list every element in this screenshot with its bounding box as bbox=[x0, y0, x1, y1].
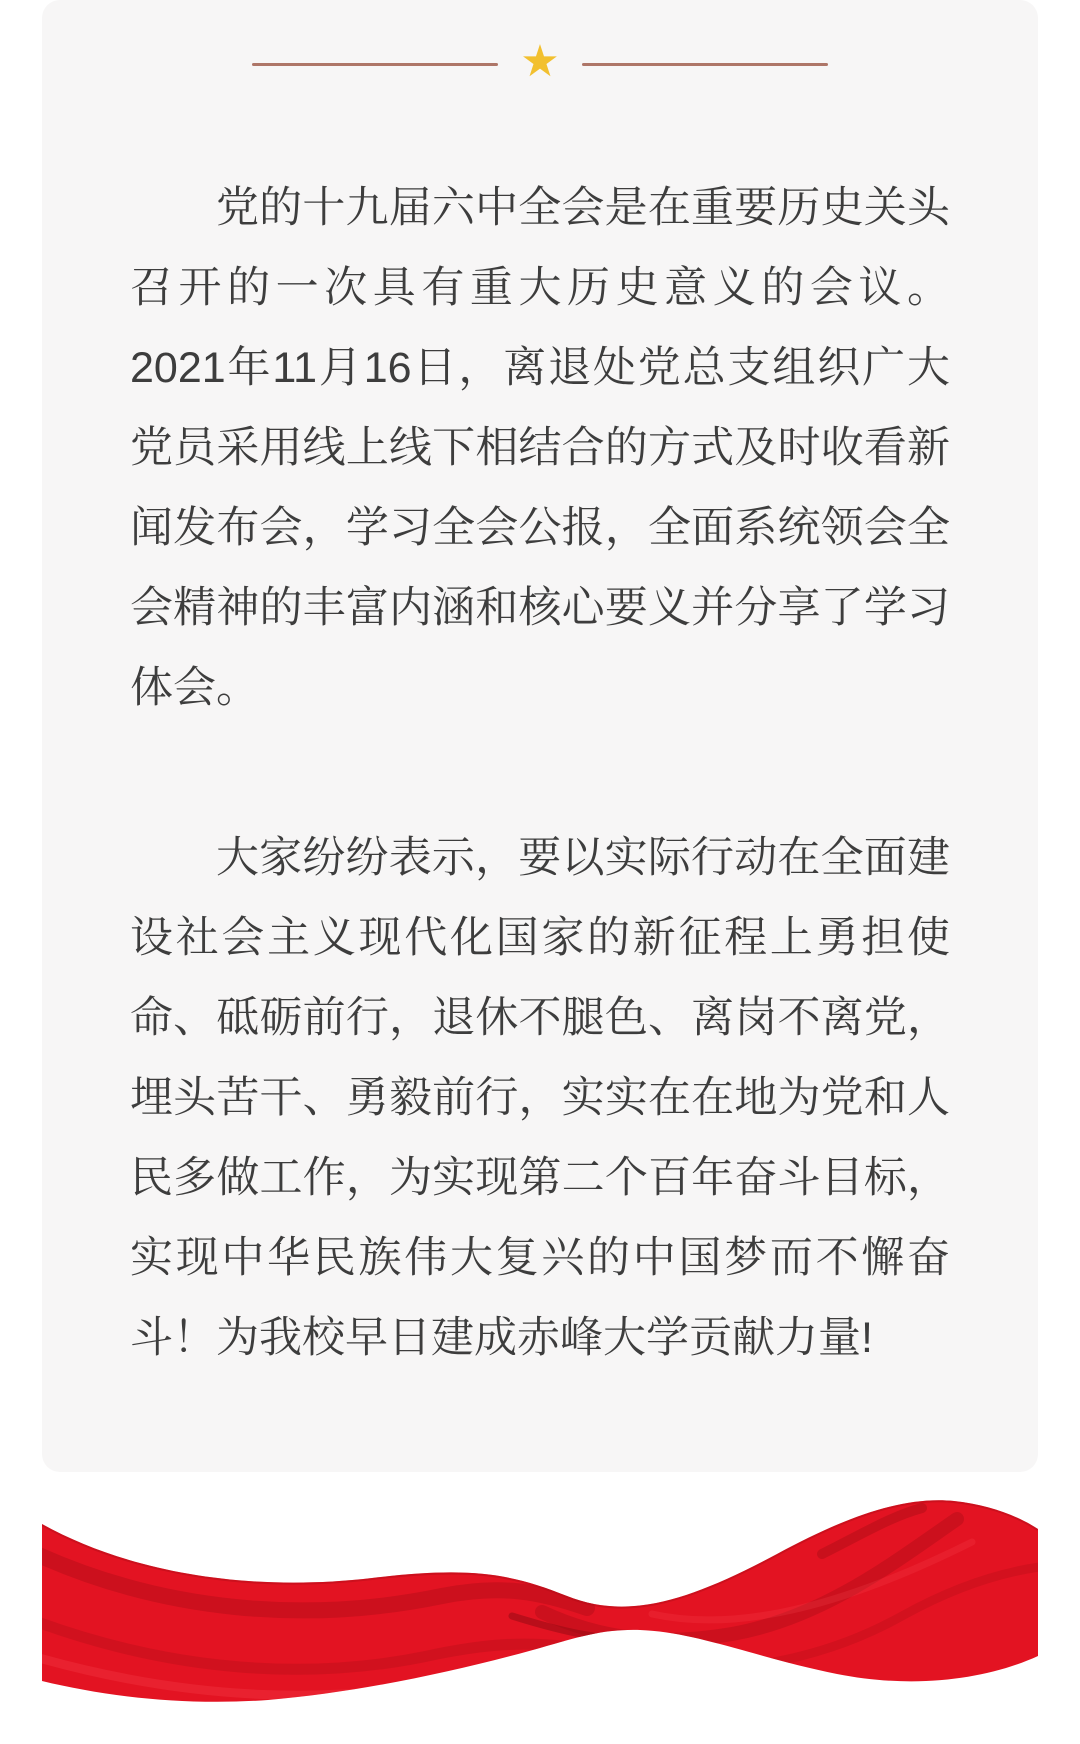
star-icon: ★ bbox=[520, 42, 559, 82]
divider-line-left bbox=[252, 63, 498, 66]
star-divider: ★ bbox=[42, 44, 1038, 84]
red-ribbon-graphic bbox=[42, 1494, 1038, 1744]
paragraph-member-responses: 大家纷纷表示，要以实际行动在全面建设社会主义现代化国家的新征程上勇担使命、砥砺前… bbox=[130, 818, 950, 1378]
article-body: 党的十九届六中全会是在重要历史关头召开的一次具有重大历史意义的会议。2021年1… bbox=[130, 168, 950, 1378]
content-card: ★ 党的十九届六中全会是在重要历史关头召开的一次具有重大历史意义的会议。2021… bbox=[42, 0, 1038, 1472]
article-page: ★ 党的十九届六中全会是在重要历史关头召开的一次具有重大历史意义的会议。2021… bbox=[0, 0, 1080, 1744]
divider-line-right bbox=[582, 63, 828, 66]
paragraph-meeting-summary: 党的十九届六中全会是在重要历史关头召开的一次具有重大历史意义的会议。2021年1… bbox=[130, 168, 950, 728]
